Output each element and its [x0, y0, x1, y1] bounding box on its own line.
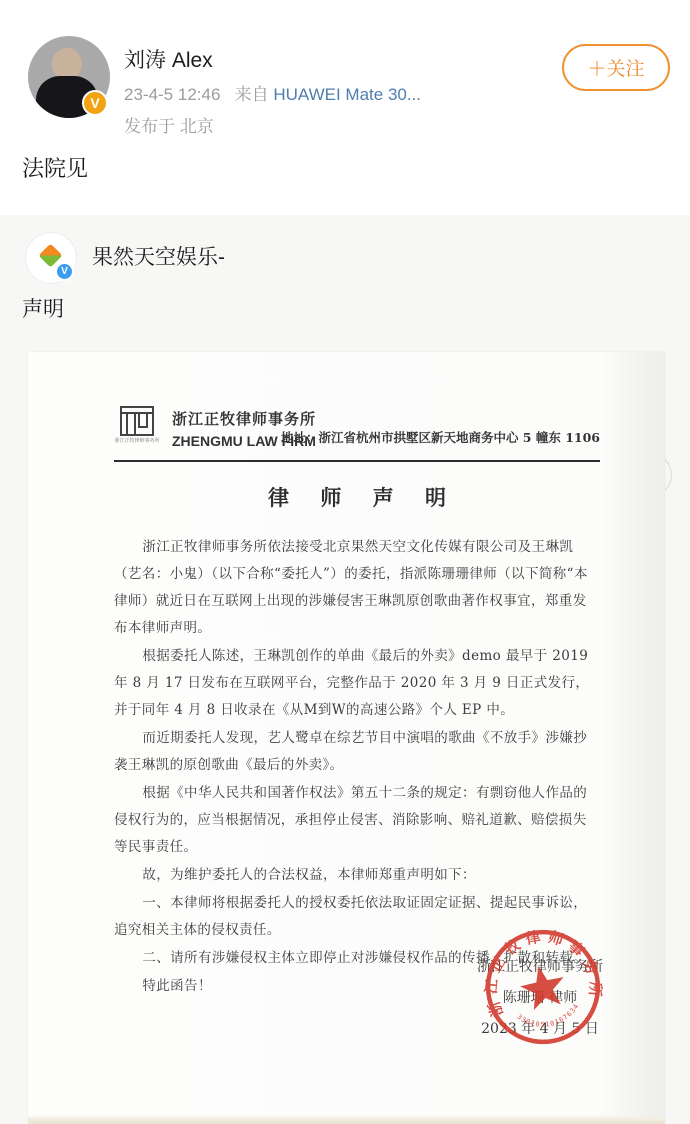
- weibo-screenshot: 冰棍儿 V 刘涛 Alex 23-4-5 12:46 来自 HUAWEI Mat…: [0, 0, 690, 1124]
- seal-number: 33010510167634: [514, 1000, 584, 1035]
- post-content: 法院见: [22, 152, 88, 183]
- post-content: 声明: [22, 293, 64, 323]
- statement-paragraph: 而近期委托人发现，艺人鹭卓在综艺节目中演唱的歌曲《不放手》涉嫌抄袭王琳凯的原创歌…: [114, 725, 598, 779]
- letterhead: 浙江正牧律师事务所 浙江正牧律师事务所 ZHENGMU LAW FIRM 地址：…: [114, 404, 600, 454]
- verified-badge-icon: V: [55, 262, 74, 281]
- follow-button[interactable]: ＋关注: [562, 44, 670, 91]
- logo-caption: 浙江正牧律师事务所: [114, 438, 160, 444]
- statement-image[interactable]: 浙江正牧律师事务所 浙江正牧律师事务所 ZHENGMU LAW FIRM 地址：…: [28, 352, 665, 1124]
- post-liutao: V 刘涛 Alex 23-4-5 12:46 来自 HUAWEI Mate 30…: [0, 0, 690, 215]
- svg-text:33010510167634: 33010510167634: [514, 1000, 584, 1035]
- statement-title: 律 师 声 明: [114, 482, 600, 512]
- post-guoran-sky: V 果然天空娱乐- ＋关注 声明 浙江正牧律师事务所 浙江正牧律师事务所 Z: [0, 215, 690, 1124]
- photo-edge-strip: [28, 1115, 665, 1124]
- statement-paragraph: 故，为维护委托人的合法权益，本律师郑重声明如下：: [114, 862, 598, 889]
- statement-paragraph: 根据《中华人民共和国著作权法》第五十二条的规定：有剽窃他人作品的侵权行为的，应当…: [114, 780, 598, 861]
- law-firm-logo-icon: 浙江正牧律师事务所: [114, 404, 160, 454]
- author-name[interactable]: 果然天空娱乐-: [92, 241, 225, 271]
- author-name[interactable]: 刘涛 Alex: [124, 44, 213, 74]
- law-firm-seal-icon: 浙江正牧律师事务所 33010510167634: [468, 912, 617, 1061]
- post-location: 发布于 北京: [124, 112, 214, 137]
- statement-paragraph: 浙江正牧律师事务所依法接受北京果然天空文化传媒有限公司及王琳凯（艺名：小鬼）（以…: [114, 534, 598, 642]
- verified-badge-icon: V: [82, 90, 108, 116]
- firm-address: 地址：浙江省杭州市拱墅区新天地商务中心 5 幢东 1106: [281, 428, 600, 446]
- letterhead-divider: [114, 460, 600, 462]
- post-meta: 23-4-5 12:46 来自 HUAWEI Mate 30...: [124, 80, 421, 105]
- source-device-link[interactable]: HUAWEI Mate 30...: [273, 85, 421, 104]
- post-time: 23-4-5 12:46: [124, 85, 220, 104]
- firm-name-cn: 浙江正牧律师事务所: [172, 408, 316, 429]
- statement-paragraph: 根据委托人陈述，王琳凯创作的单曲《最后的外卖》demo 最早于 2019 年 8…: [114, 643, 598, 724]
- source-prefix: 来自: [235, 85, 269, 104]
- seal-star: [517, 961, 569, 1012]
